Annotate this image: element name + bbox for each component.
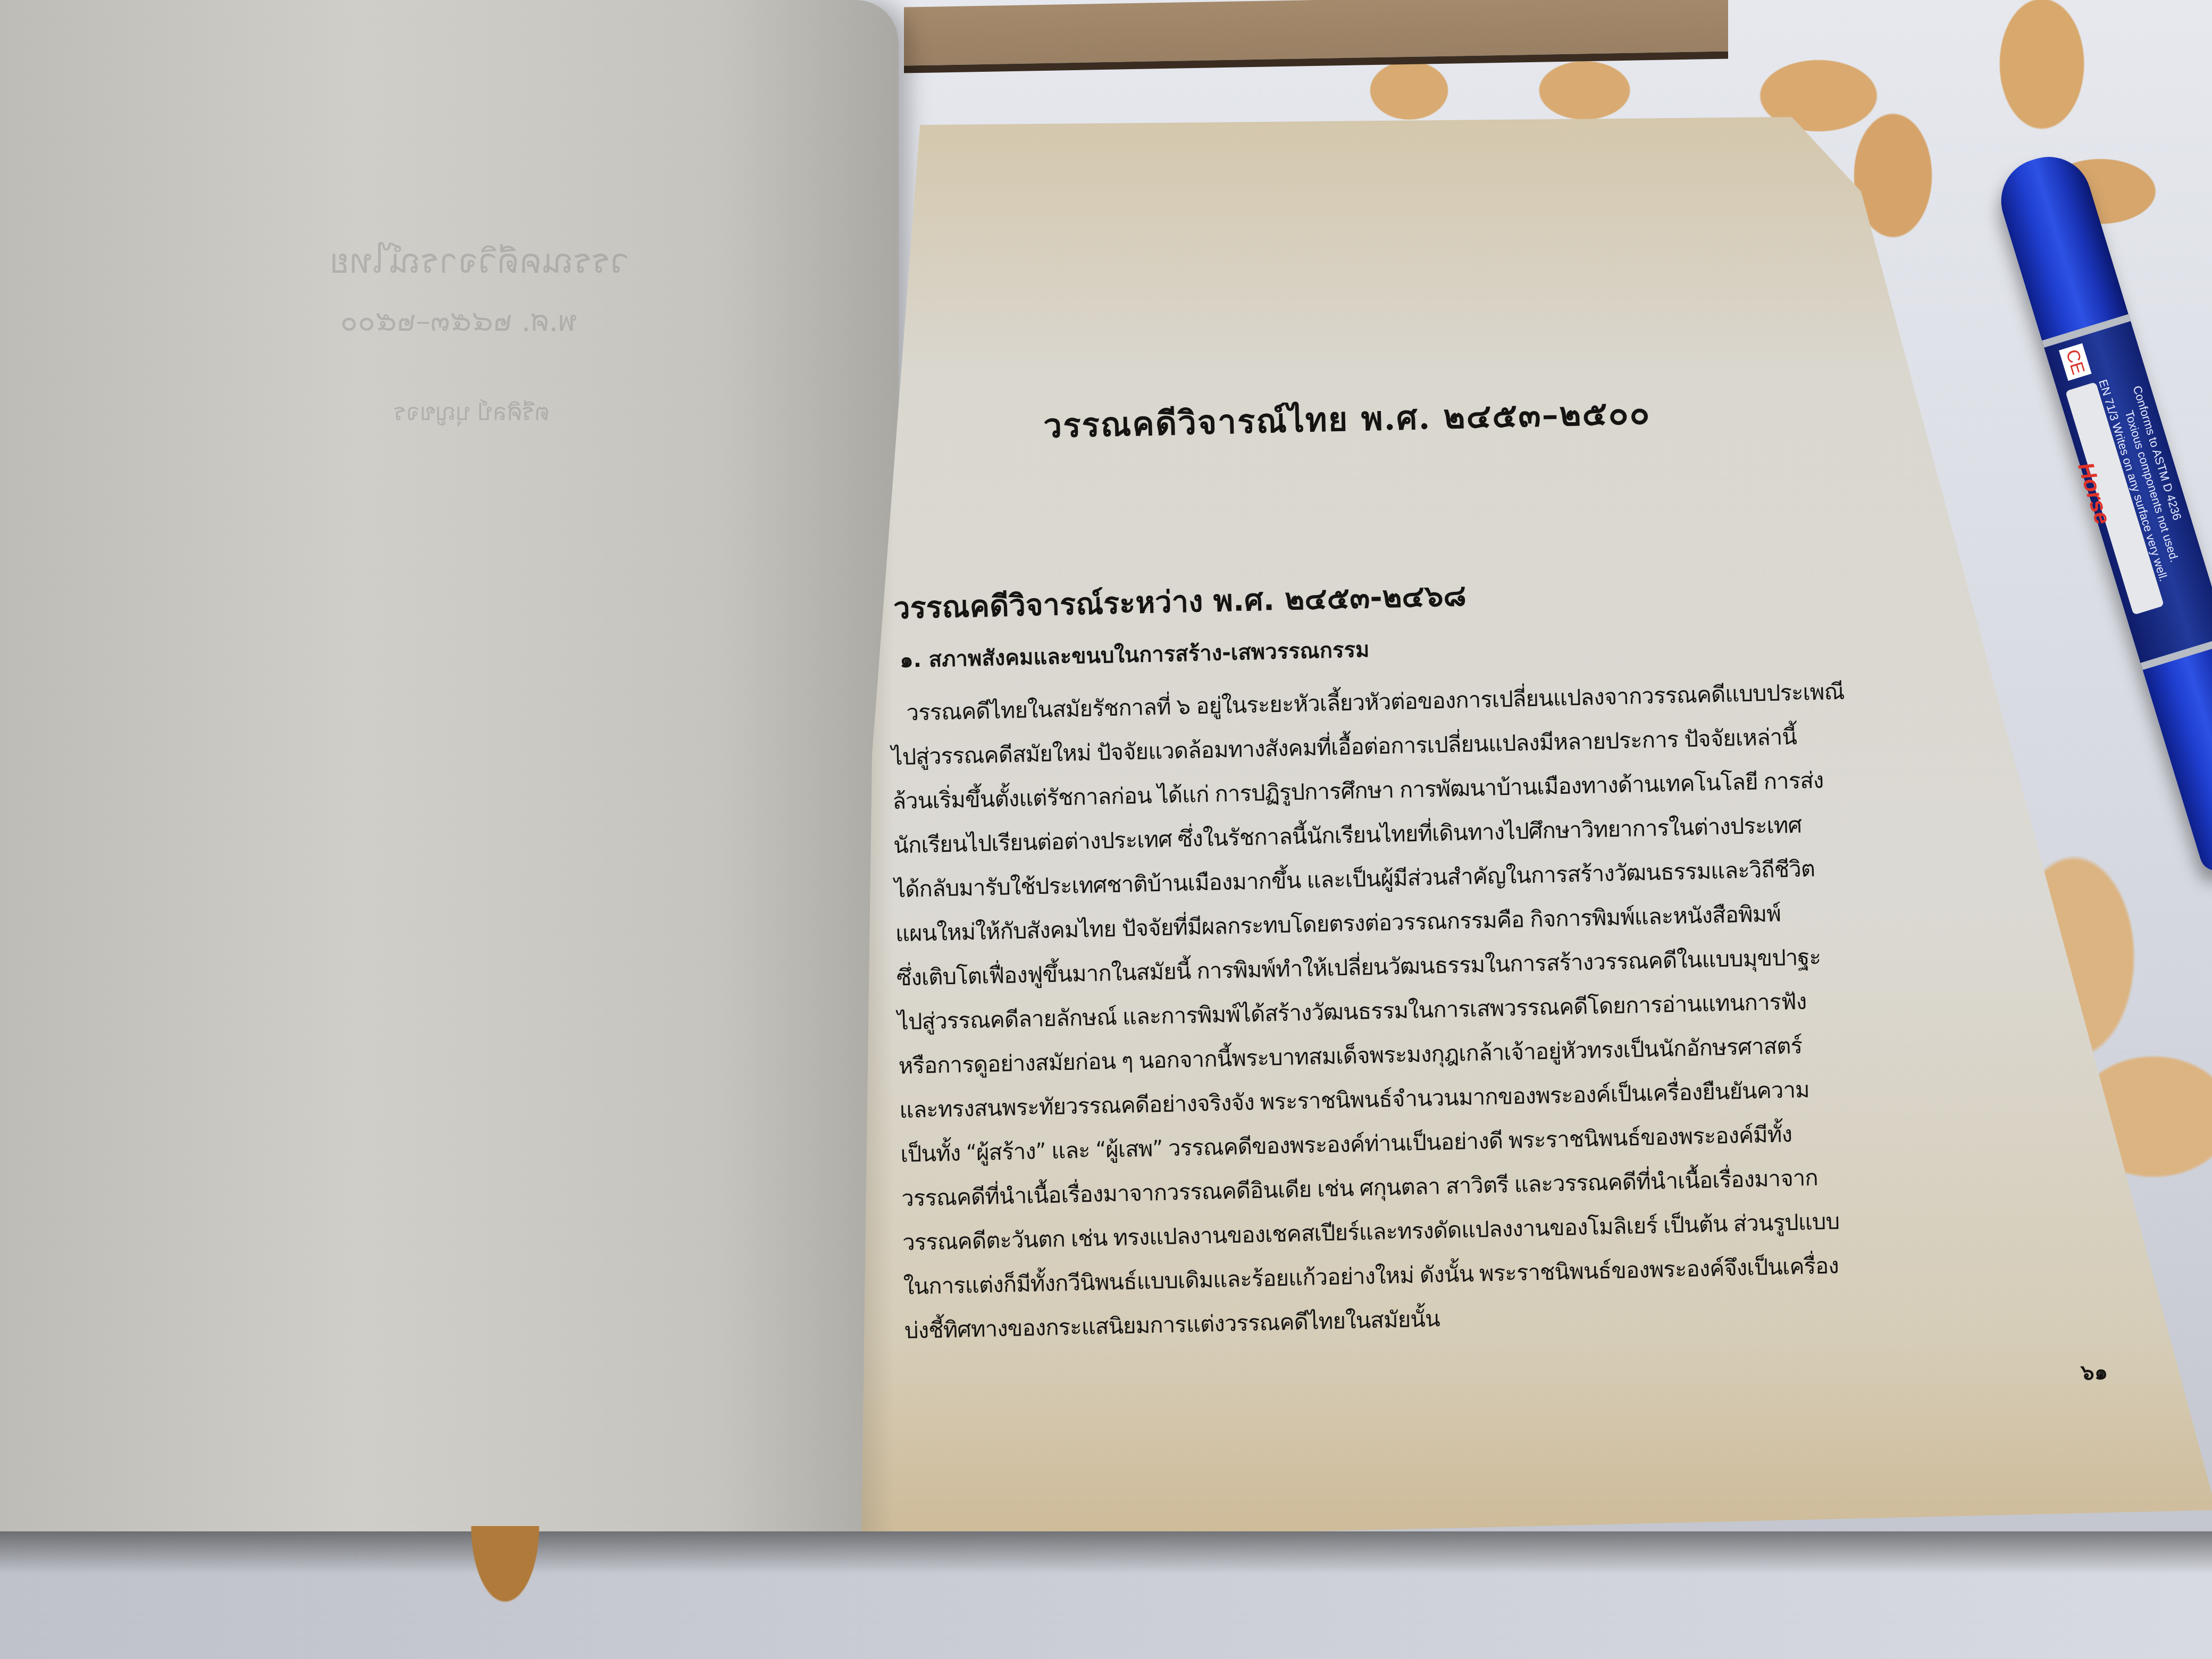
bleed-through-text: พ.ศ. ๒๔๕๓–๒๕๐๐ [340, 298, 577, 343]
table-surface [0, 1531, 2212, 1659]
bleed-through-text: วรรณคดีวิจารณ์ไทย [330, 234, 629, 288]
ce-mark-icon: CE [2059, 343, 2092, 381]
bleed-through-text: ตรีศิลป์ บุญขจร [393, 393, 550, 431]
left-book-page: วรรณคดีวิจารณ์ไทย พ.ศ. ๒๔๕๓–๒๕๐๐ ตรีศิลป… [0, 0, 899, 1558]
tablecloth-pattern [404, 1526, 606, 1659]
page-number: ๖๑ [2081, 1355, 2108, 1389]
body-paragraph: วรรณคดีไทยในสมัยรัชกาลที่ ๖ อยู่ในระยะหั… [890, 664, 2101, 1353]
